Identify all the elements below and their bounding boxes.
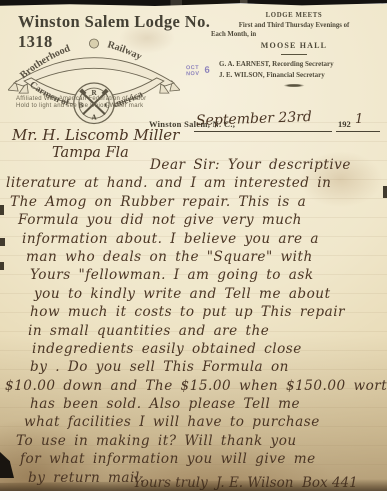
badge-letter-bottom: A: [91, 113, 97, 121]
handwritten-line: Formula you did not give very much: [18, 211, 387, 229]
financial-secretary: J. E. WILSON, Financial Secretary: [219, 71, 379, 79]
letter-body: Dear Sir: Your descriptive literature at…: [0, 156, 387, 487]
year-underline: [336, 131, 380, 132]
meeting-hall: MOOSE HALL: [209, 41, 379, 50]
recording-secretary: G. A. EARNEST, Recording Secretary: [219, 60, 379, 68]
received-date-stamp: OCT NOV 6: [186, 62, 210, 80]
handwritten-line: The Amog on Rubber repair. This is a: [10, 193, 387, 211]
handwritten-line: Yours "fellowman. I am going to ask: [30, 266, 387, 284]
printed-year: 192: [338, 119, 351, 129]
edge-notch: [0, 262, 4, 270]
scan-edge-bottom-white: [0, 491, 387, 500]
affiliation-line-1: Affiliated With American Federation of L…: [16, 96, 216, 102]
handwritten-line: indegredients easily obtained close: [32, 340, 387, 358]
edge-notch: [0, 238, 5, 246]
handwritten-line: To use in making it? Will thank you: [16, 432, 387, 450]
ornament-divider-icon: [279, 83, 309, 88]
handwritten-line: $10.00 down and The $15.00 when $150.00 …: [5, 377, 387, 395]
stamp-month-2: NOV: [186, 71, 200, 77]
meeting-schedule-line-2: Each Month, in: [211, 31, 379, 38]
handwritten-line: in small quantities and are the: [28, 322, 387, 340]
handwritten-line: for what information you will give me: [20, 450, 387, 468]
edge-notch: [383, 186, 387, 198]
lodge-meeting-block: LODGE MEETS First and Third Thursday Eve…: [209, 12, 379, 88]
handwritten-line: has been sold. Also please Tell me: [30, 395, 387, 413]
lodge-meets-heading: LODGE MEETS: [209, 12, 379, 19]
handwritten-line: Dear Sir: Your descriptive: [150, 156, 387, 174]
date-underline: [194, 131, 332, 132]
stamp-day: 6: [204, 65, 209, 76]
handwritten-year-digit: 1: [355, 112, 363, 127]
handwritten-line: information about. I believe you are a: [22, 230, 387, 248]
edge-notch: [0, 205, 4, 215]
affiliation-line-2: Hold to light and see the Union-Water ma…: [16, 103, 216, 109]
meeting-schedule-line: First and Third Thursday Evenings of: [209, 22, 379, 29]
handwritten-line: by . Do you sell This Formula on: [30, 358, 387, 376]
handwritten-line: you to kindly write and Tell me about: [34, 285, 387, 303]
letter-scan: Winston Salem Lodge No. 1318 Brotherhood: [0, 0, 387, 500]
handwritten-line: how much it costs to put up This repair: [30, 303, 387, 321]
addressee-name: Mr. H. Liscomb Miller: [12, 126, 179, 144]
apex-pulley-icon: [89, 39, 98, 48]
handwritten-line: man who deals on the "Square" with: [26, 248, 387, 266]
handwritten-line: literature at hand. and I am interested …: [6, 174, 387, 192]
handwritten-line: what facilities I will have to purchase: [24, 413, 387, 431]
divider-rule: [281, 54, 307, 55]
